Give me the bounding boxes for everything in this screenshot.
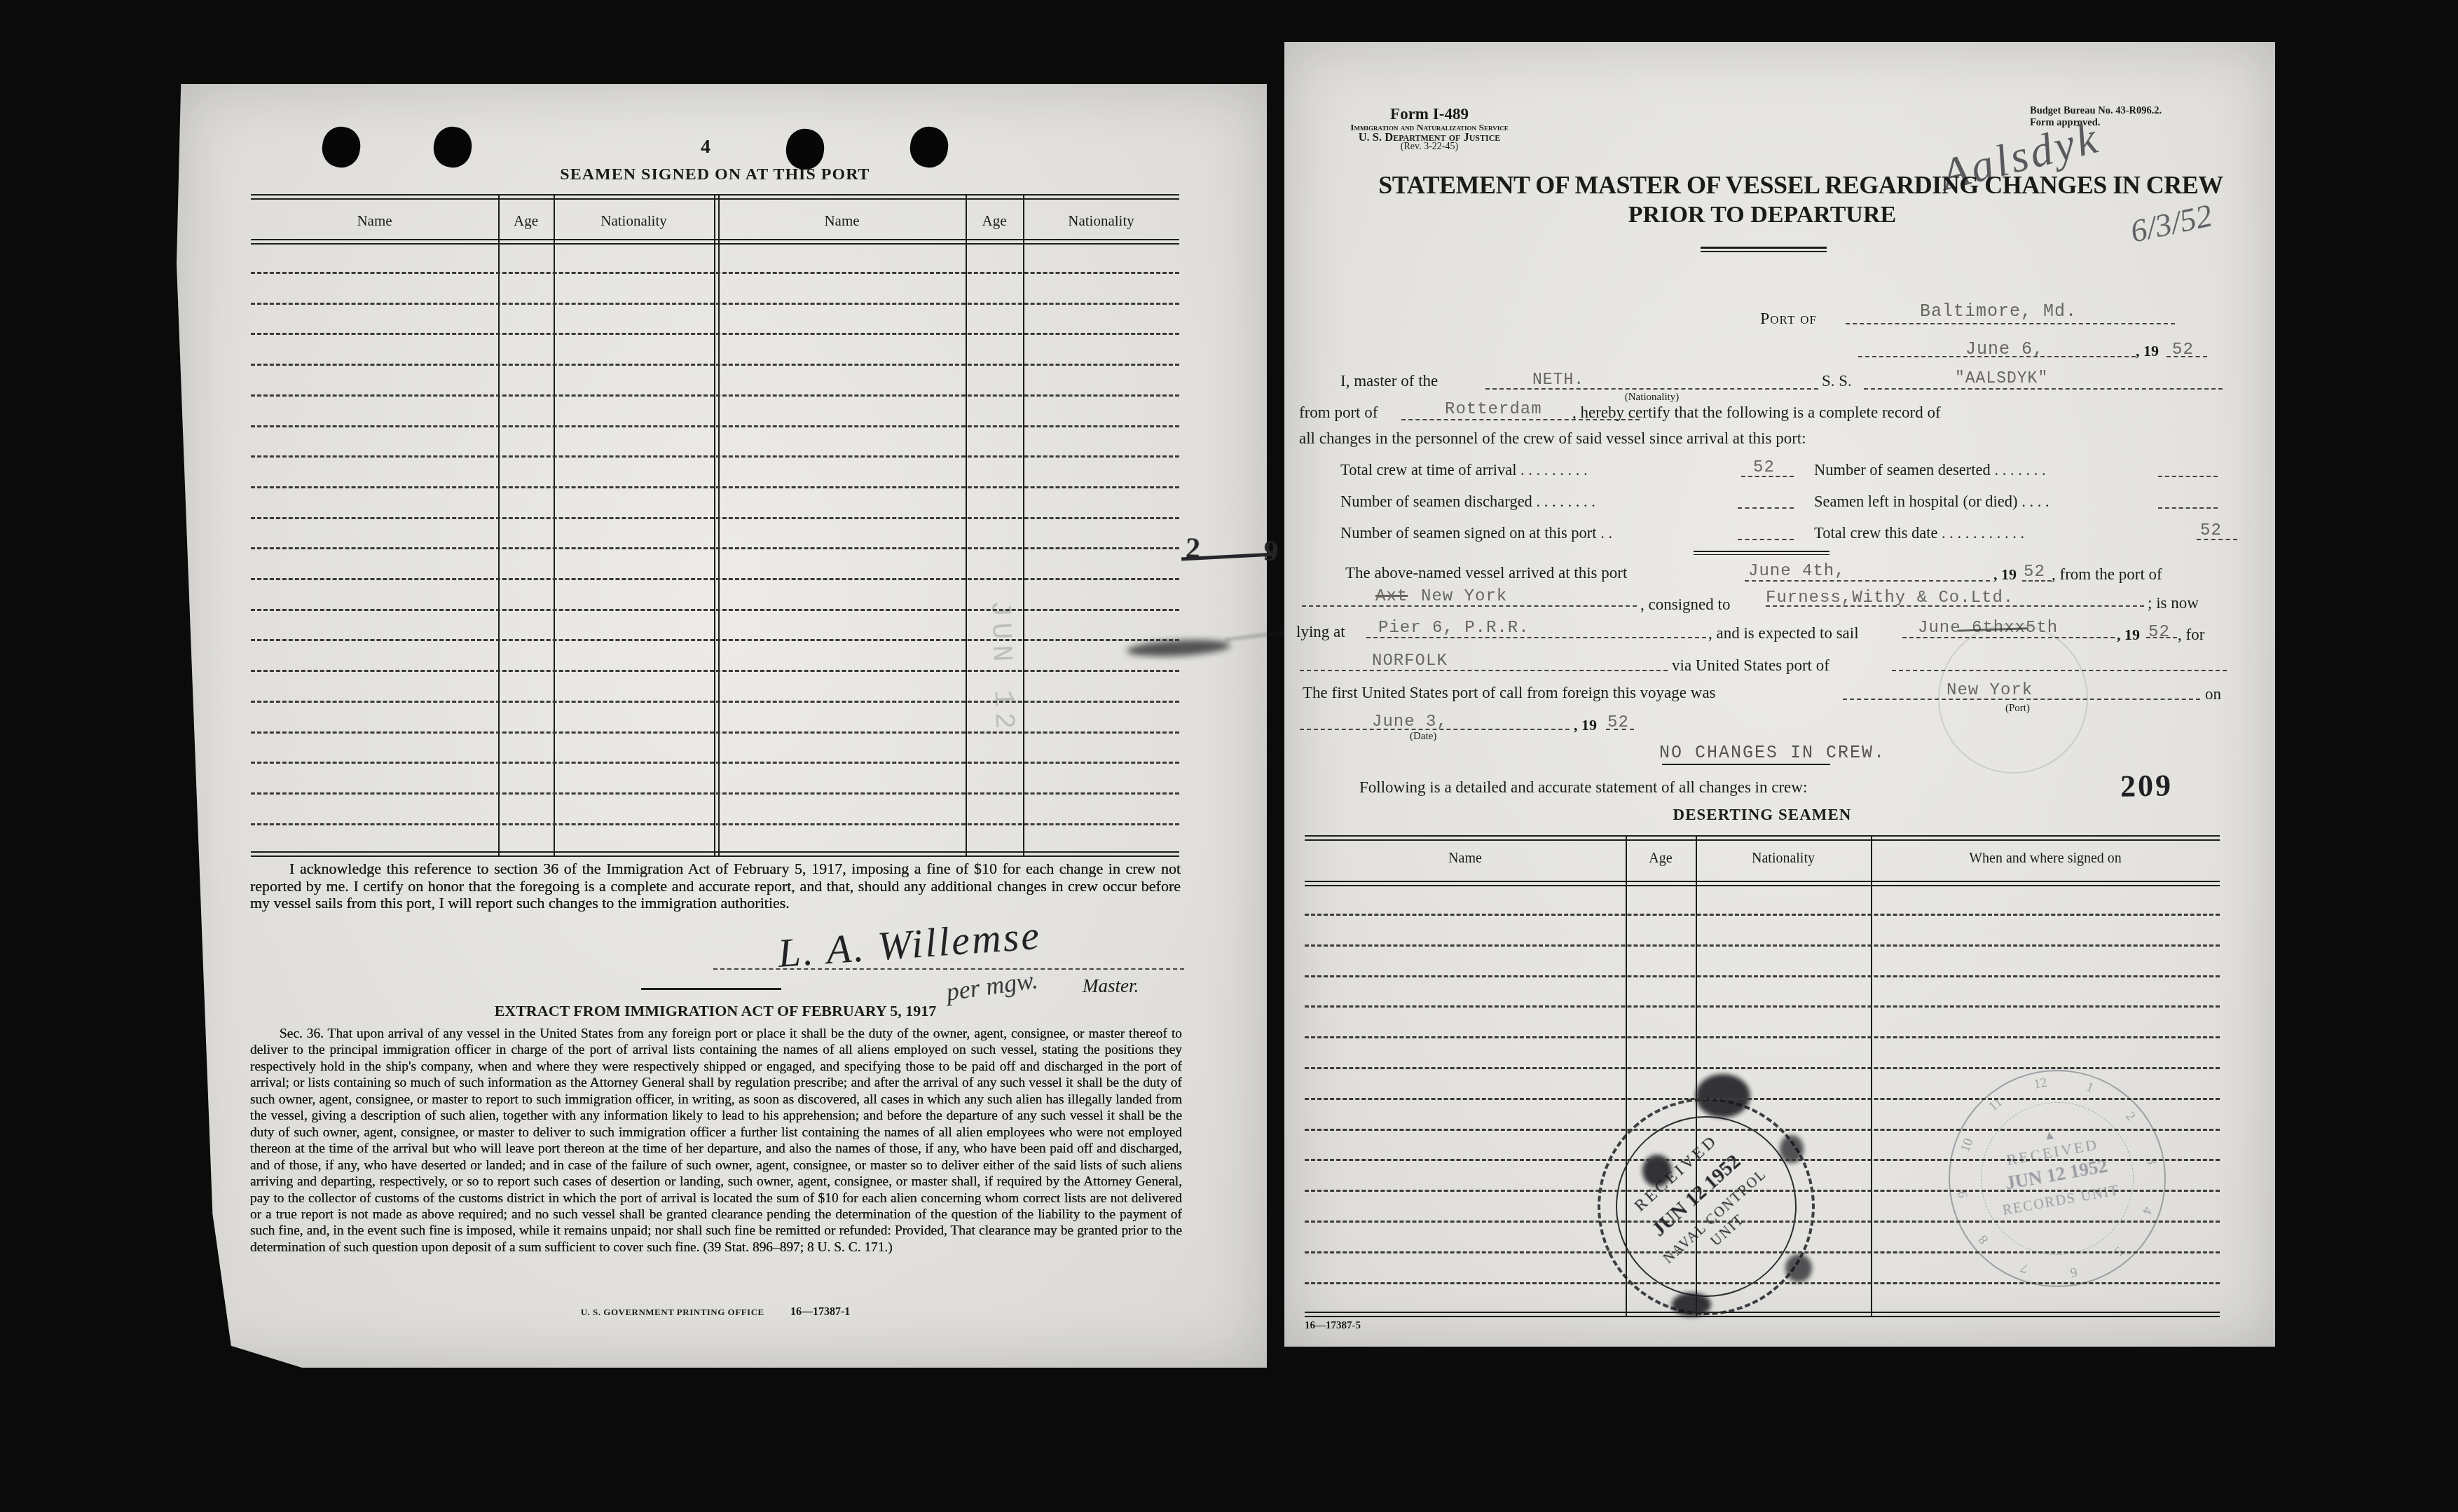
form-id: Form I-489: [1352, 105, 1506, 123]
column-header-age: Age: [498, 212, 554, 230]
deserting-seamen-title: DESERTING SEAMEN: [1305, 806, 2220, 824]
fill-in-line: [1745, 580, 1990, 582]
fill-in-line: [1892, 670, 2227, 671]
stamp-dial-number: 12: [2032, 1075, 2049, 1093]
table-row-line: [251, 762, 1179, 764]
arrival-tail: , from the port of: [2052, 565, 2162, 584]
consigned-label: , consigned to: [1640, 596, 1730, 614]
stamp-dial-number: 6: [2066, 1263, 2082, 1280]
table-row-line: [1305, 1282, 2220, 1284]
table-rule: [1023, 194, 1024, 857]
table-row-line: [1305, 1159, 2220, 1161]
gpo-line: U. S. GOVERNMENT PRINTING OFFICE 16—1738…: [250, 1306, 1181, 1319]
table-row-line: [1305, 1221, 2220, 1223]
form-title-line2: PRIOR TO DEPARTURE: [1296, 202, 2228, 228]
year-19-label: , 19: [2136, 342, 2159, 360]
ink-blotch: [1696, 1074, 1750, 1118]
table-row-line: [1305, 914, 2220, 916]
date-caption: (Date): [1410, 731, 1436, 743]
column-header-signed-on: When and where signed on: [1871, 851, 2220, 867]
stat-discharged-label: Number of seamen discharged . . . . . . …: [1340, 493, 1595, 511]
fill-in-line: [1766, 605, 2144, 607]
table-row-line: [251, 425, 1179, 427]
scanned-document: 4 SEAMEN SIGNED ON AT THIS PORT Name Age…: [0, 0, 2458, 1512]
stamp-dial-number: 1: [2080, 1078, 2099, 1098]
stat-signed-label: Number of seamen signed on at this port …: [1340, 524, 1612, 542]
nationality-value: NETH.: [1532, 371, 1584, 389]
form-title-line1: STATEMENT OF MASTER OF VESSEL REGARDING …: [1335, 170, 2267, 200]
sail-tail: , for: [2178, 626, 2204, 644]
acknowledgment-paragraph: I acknowledge this reference to section …: [250, 860, 1181, 912]
table-row-line: [251, 394, 1179, 397]
table-row-line: [251, 333, 1179, 335]
table-rule: [718, 194, 720, 857]
table-rule: [1305, 839, 2220, 841]
table-row-line: [251, 792, 1179, 795]
changes-text: all changes in the personnel of the crew…: [1299, 429, 1806, 448]
no-changes-note: NO CHANGES IN CREW.: [1659, 743, 1886, 763]
table-row-line: [1305, 1190, 2220, 1192]
fill-in-line: [1300, 670, 1668, 671]
table-rule: [1305, 885, 2220, 886]
struck-word: Axt: [1375, 587, 1408, 606]
fill-in-line: [1401, 419, 1640, 420]
column-header-nationality: Nationality: [1023, 212, 1179, 230]
arrival-lead: The above-named vessel arrived at this p…: [1345, 564, 1627, 582]
table-rule: [1626, 835, 1627, 1317]
table-row-line: [251, 272, 1179, 274]
fill-in-line: [2022, 580, 2052, 582]
vessel-name-value: "AALSDYK": [1955, 369, 2048, 387]
table-rule: [1871, 835, 1872, 1317]
column-header-age: Age: [1626, 851, 1696, 867]
master-label: Master.: [1083, 975, 1139, 997]
ink-blotch: [1785, 1254, 1812, 1282]
master-lead: I, master of the: [1340, 372, 1438, 390]
fill-in-line: [2146, 637, 2177, 638]
fill-in-line: [1843, 699, 2200, 700]
column-header-name: Name: [1305, 851, 1626, 867]
table-row-line: [251, 303, 1179, 305]
form-revision: (Rev. 3-22-45): [1302, 142, 1557, 153]
column-header-age: Age: [966, 212, 1023, 230]
fill-in-line: [1366, 637, 1706, 638]
table-row-line: [1305, 1098, 2220, 1100]
table-row-line: [1305, 1251, 2220, 1253]
page-number: 4: [701, 136, 710, 158]
arrival-year-value: 52: [2024, 563, 2045, 582]
table-row-line: [251, 578, 1179, 580]
arrival-port-value: New York: [1421, 587, 1507, 606]
year-19-label: , 19: [1574, 716, 1597, 734]
year-19-label: , 19: [2117, 626, 2140, 644]
stat-deserted-label: Number of seamen deserted . . . . . . .: [1814, 461, 2046, 479]
table-rule: [966, 194, 967, 857]
consigned-value: Furness,Withy & Co.Ltd.: [1766, 589, 2014, 607]
fill-in-line: [1864, 388, 2223, 390]
fill-in-line: [1846, 323, 2175, 324]
table-rule: [1701, 247, 1827, 249]
via-port-value: NORFOLK: [1372, 652, 1448, 671]
table-row-line: [1305, 1005, 2220, 1008]
budget-bureau-number: Budget Bureau No. 43-R096.2.: [2030, 105, 2162, 117]
fill-in-line: [2197, 539, 2237, 540]
extract-title: EXTRACT FROM IMMIGRATION ACT OF FEBRUARY…: [250, 1002, 1181, 1020]
table-rule: [1305, 1312, 2220, 1313]
table-row-line: [251, 823, 1179, 825]
arrival-date-value: June 4th,: [1748, 562, 1846, 581]
stat-crewdate-value: 52: [2200, 521, 2222, 540]
stamp-dial-number: 7: [2015, 1258, 2033, 1277]
table-row-line: [251, 670, 1179, 672]
table-rule: [498, 194, 500, 857]
fill-in-line: [713, 968, 1184, 970]
table-rule: [1694, 554, 1829, 555]
fill-in-line: [1302, 605, 1637, 607]
table-row-line: [251, 455, 1179, 458]
extract-body: Sec. 36. That upon arrival of any vessel…: [250, 1026, 1182, 1256]
fill-in-line: [2158, 476, 2218, 477]
table-rule: [1662, 764, 1830, 765]
gpo-number: 16—17387-1: [790, 1306, 850, 1318]
stat-crewdate-label: Total crew this date . . . . . . . . . .…: [1814, 524, 2024, 542]
on-label: on: [2205, 685, 2221, 703]
left-table-title: SEAMEN SIGNED ON AT THIS PORT: [251, 165, 1179, 184]
table-row-line: [251, 639, 1179, 641]
received-stamp-records-unit: 121234567891011 ▲ RECEIVED JUN 12 1952 R…: [1931, 1052, 2183, 1304]
stamp-dial-number: 8: [1974, 1229, 1995, 1249]
gpo-label: U. S. GOVERNMENT PRINTING OFFICE: [581, 1307, 764, 1317]
port-of-value: Baltimore, Md.: [1920, 301, 2077, 322]
table-row-line: [1305, 1067, 2220, 1069]
table-row-line: [251, 701, 1179, 703]
column-header-name: Name: [718, 212, 966, 230]
fill-in-line: [1741, 476, 1794, 477]
table-rule: [714, 194, 715, 857]
via-label: via United States port of: [1672, 657, 1829, 675]
fill-in-line: [1738, 507, 1794, 509]
fill-in-line: [1902, 637, 2115, 638]
fill-in-line: [2158, 507, 2218, 509]
port-of-label: Port of: [1760, 310, 1817, 329]
sail-lead: , and is expected to sail: [1708, 624, 1859, 642]
table-rule: [1696, 835, 1697, 1317]
column-header-nationality: Nationality: [554, 212, 714, 230]
table-row-line: [1305, 1129, 2220, 1131]
fill-in-line: [1300, 729, 1570, 730]
stat-hospital-label: Seamen left in hospital (or died) . . . …: [1814, 493, 2050, 511]
table-rule: [1305, 881, 2220, 882]
table-rule: [554, 194, 555, 857]
form-print-number: 16—17387-5: [1305, 1320, 1361, 1332]
table-row-line: [1305, 944, 2220, 947]
fill-in-line: [1606, 729, 1634, 730]
ss-label: S. S.: [1822, 372, 1852, 390]
column-header-nationality: Nationality: [1696, 851, 1871, 867]
table-row-line: [251, 547, 1179, 549]
year-19-label: , 19: [1993, 565, 2017, 584]
table-row-line: [251, 731, 1179, 734]
table-row-line: [1305, 1036, 2220, 1038]
fill-in-line: [1485, 388, 1818, 390]
is-now-label: ; is now: [2148, 594, 2199, 612]
first-port-lead: The first United States port of call fro…: [1303, 684, 1716, 702]
table-row-line: [251, 364, 1179, 366]
sail-year-value: 52: [2148, 623, 2170, 642]
stamp-dial-number: 4: [2137, 1201, 2157, 1219]
stat-total-value: 52: [1753, 458, 1775, 477]
from-port-lead: from port of: [1299, 404, 1378, 422]
table-row-line: [251, 517, 1179, 519]
stat-total-label: Total crew at time of arrival . . . . . …: [1340, 461, 1588, 479]
from-port-value: Rotterdam: [1445, 400, 1542, 419]
table-rule: [1701, 251, 1827, 252]
table-row-line: [1305, 975, 2220, 977]
ghost-stamp-impression: JUN 12: [983, 600, 1019, 735]
fill-in-line: [1738, 539, 1794, 540]
table-rule: [1305, 835, 2220, 837]
lying-lead: lying at: [1296, 623, 1345, 641]
lying-value: Pier 6, P.R.R.: [1378, 619, 1530, 638]
table-rule: [1305, 1316, 2220, 1317]
fill-in-line: [2167, 356, 2207, 357]
following-statement: Following is a detailed and accurate sta…: [1359, 778, 1807, 797]
record-number-stamp: 209: [2120, 767, 2174, 804]
column-header-name: Name: [251, 212, 498, 230]
table-row-line: [251, 609, 1179, 611]
table-rule: [641, 988, 781, 990]
table-rule: [1694, 551, 1829, 552]
table-row-line: [251, 486, 1179, 488]
fill-in-line: [1858, 356, 2136, 357]
